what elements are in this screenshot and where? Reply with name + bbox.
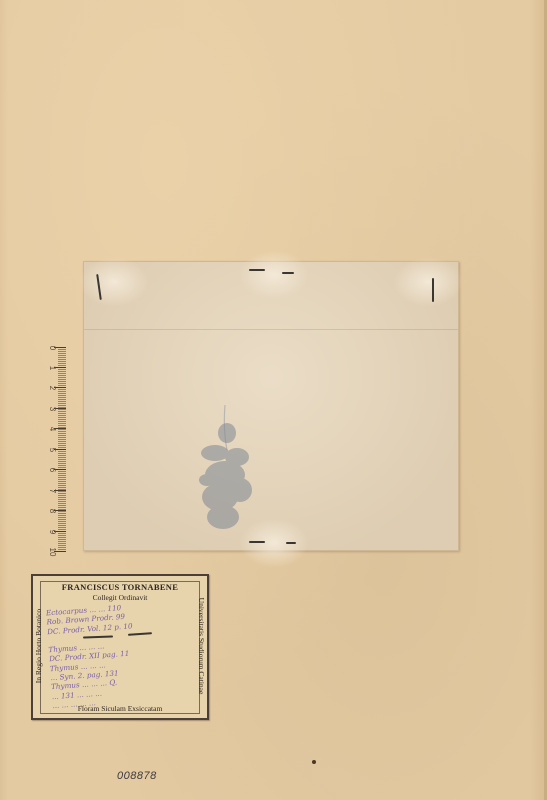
collector-name: FRANCISCUS TORNABENE <box>33 582 207 592</box>
ruler-label: 8 <box>46 505 58 517</box>
ruler-label: 6 <box>46 464 58 476</box>
pin-icon <box>432 278 434 302</box>
catalog-number: 008878 <box>117 770 157 782</box>
pin-icon <box>249 541 265 543</box>
ruler-label: 0 <box>46 342 58 354</box>
pressed-plant-specimen <box>185 405 265 540</box>
scale-ruler: 0 1 2 3 4 5 6 7 8 9 10 <box>46 345 72 555</box>
ruler-label: 9 <box>46 526 58 538</box>
ruler-label: 3 <box>46 403 58 415</box>
packet-crease <box>239 250 309 300</box>
handwritten-notes: Ectocarpus ... ... 110 Rob. Brown Prodr.… <box>46 598 203 710</box>
specimen-packet <box>83 261 459 551</box>
pin-icon <box>282 272 294 274</box>
collection-label: FRANCISCUS TORNABENE Collegit Ordinavit … <box>31 574 209 720</box>
ruler-label: 1 <box>46 362 58 374</box>
packet-crease <box>79 257 149 307</box>
ruler-label: 10 <box>46 546 58 558</box>
ruler-label: 7 <box>46 485 58 497</box>
paper-speck <box>312 760 316 764</box>
pin-icon <box>249 269 265 271</box>
ruler-label: 2 <box>46 382 58 394</box>
ruler-label: 4 <box>46 423 58 435</box>
packet-crease <box>393 257 463 307</box>
pin-icon <box>286 542 296 544</box>
label-side-left: In Regio Horto Botanico <box>34 586 44 706</box>
ruler-label: 5 <box>46 444 58 456</box>
label-footer: Floram Siculam Exsiccatam <box>33 704 207 713</box>
packet-fold-line <box>84 329 458 330</box>
